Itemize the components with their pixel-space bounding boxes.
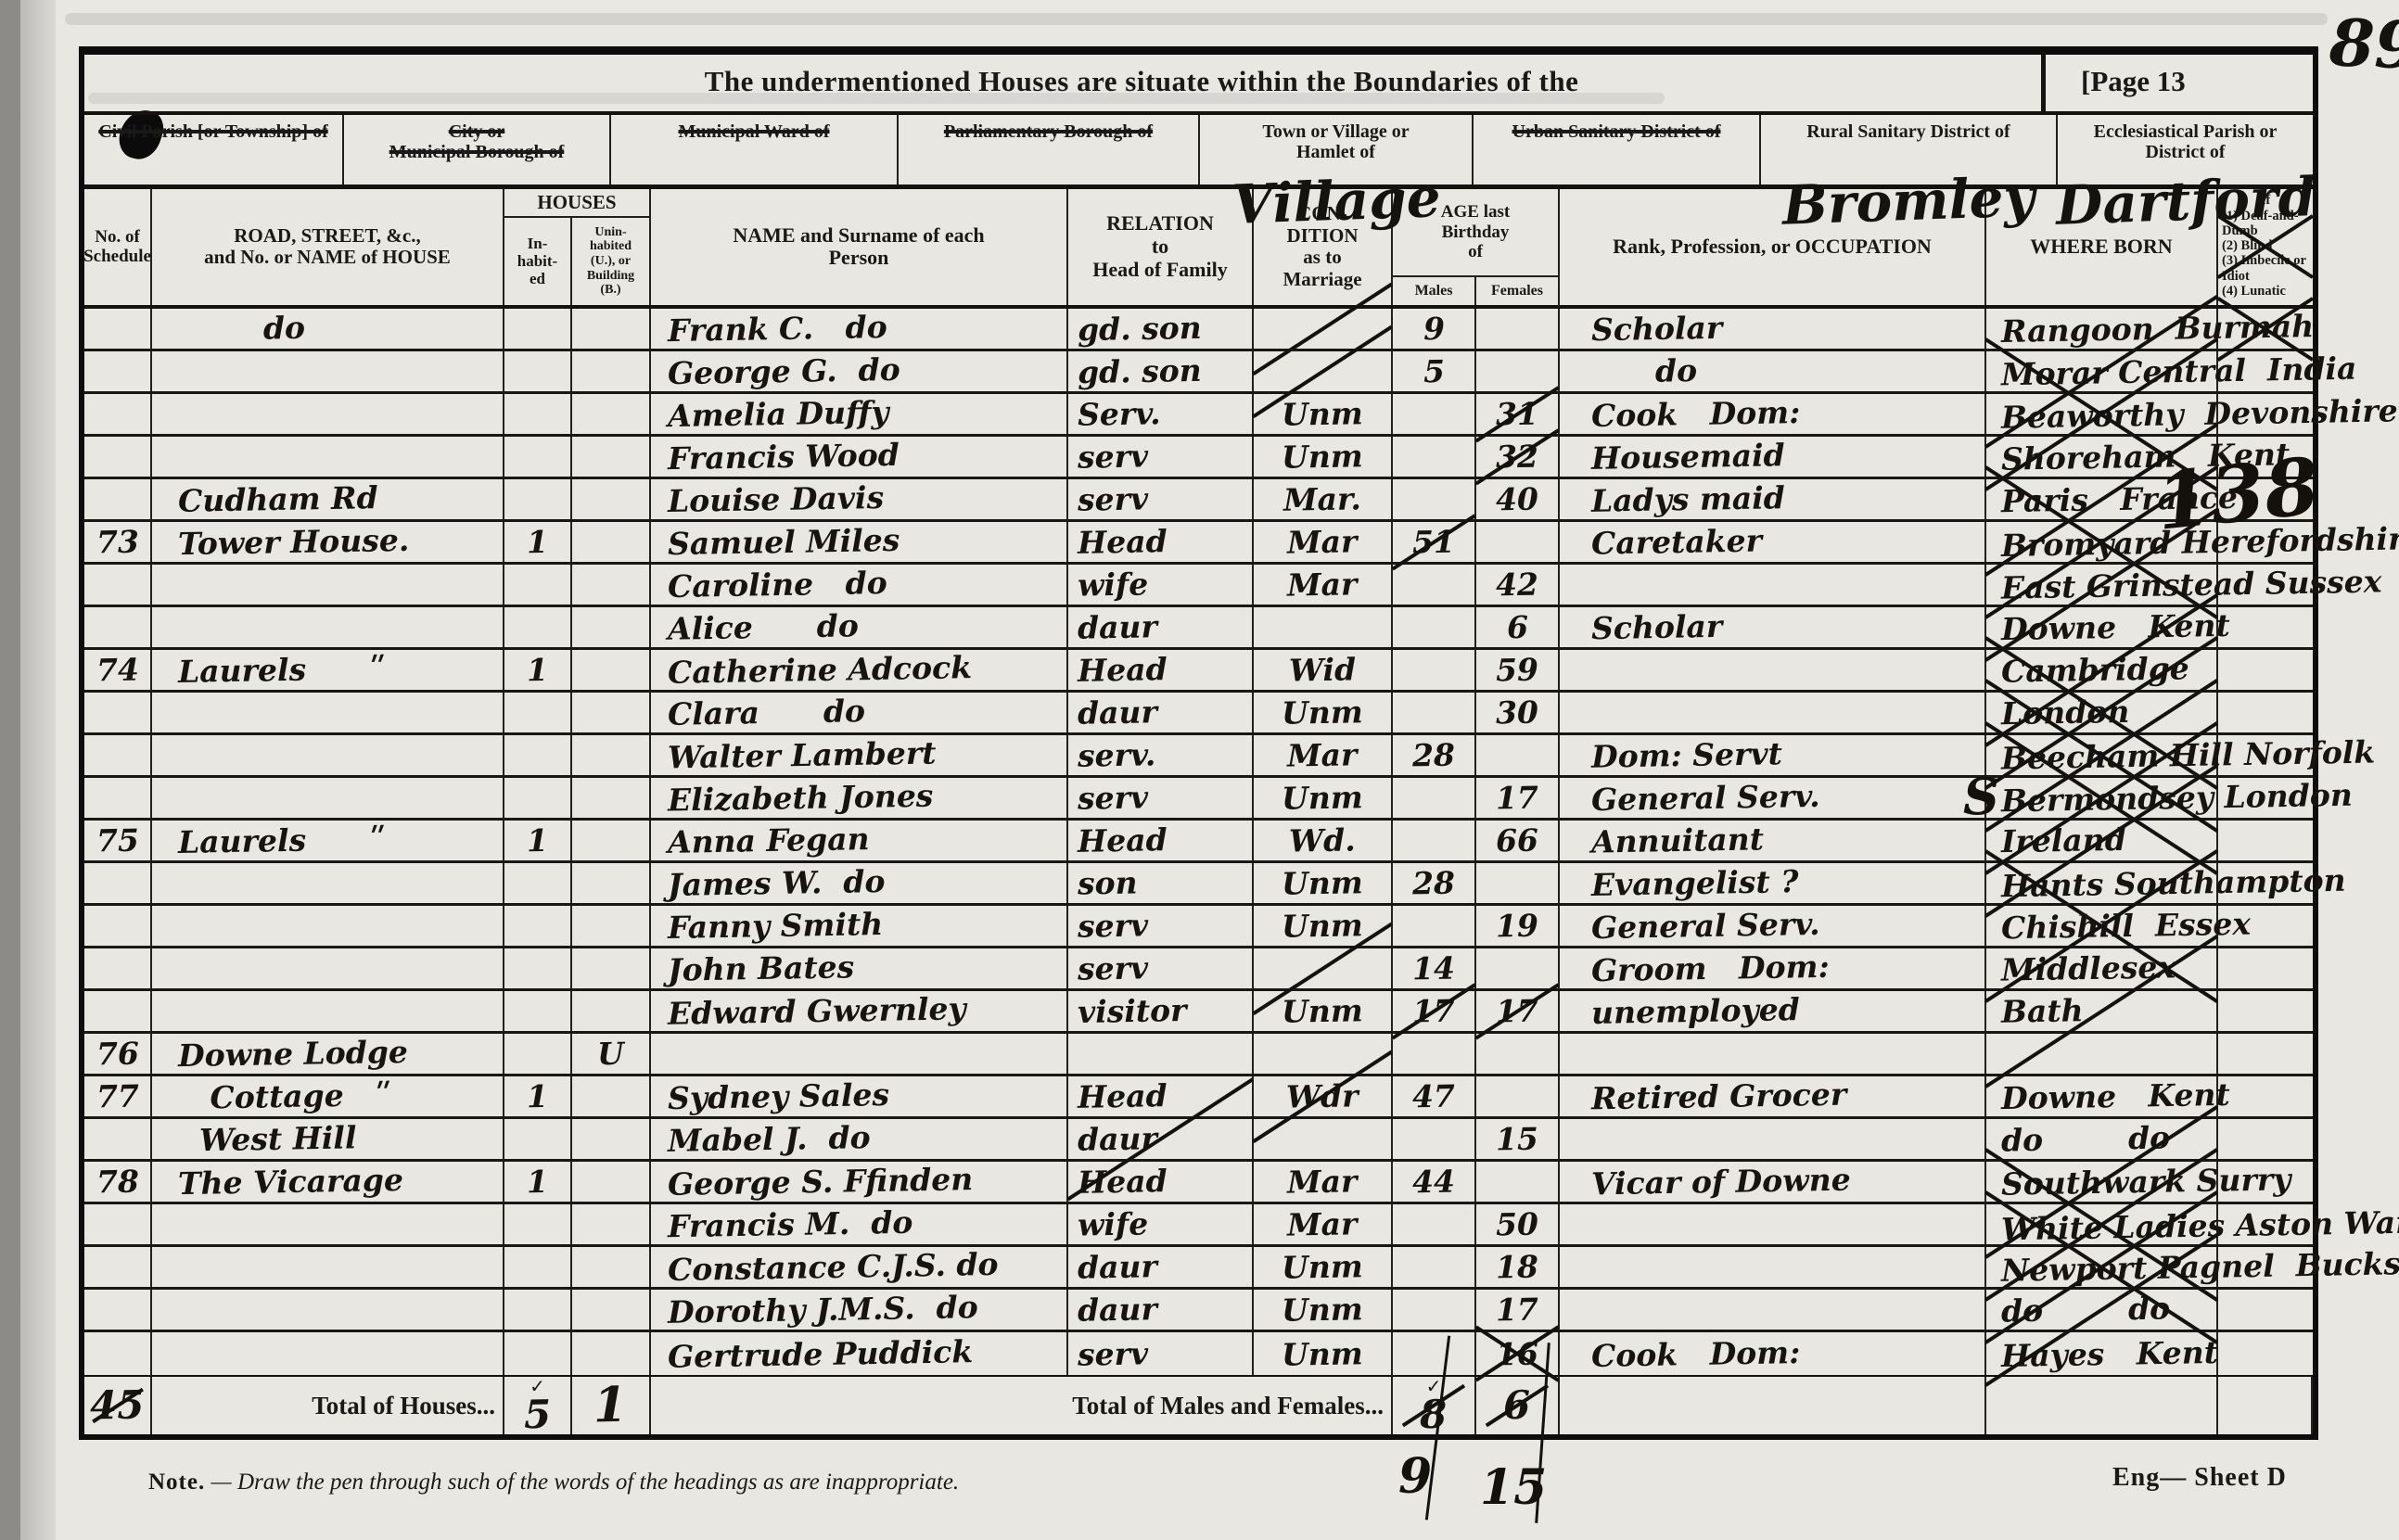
handwritten-age_f: 30 bbox=[1496, 697, 1539, 729]
geo-header-label: City or Municipal Borough of bbox=[389, 121, 565, 185]
entry-row: George G. dogd. son5 doMorar Central Ind… bbox=[84, 351, 2313, 394]
entry-row: Caroline dowifeMar42East Grinstead Susse… bbox=[84, 565, 2313, 607]
handwritten-name: Edward Gwernley bbox=[668, 993, 966, 1029]
totals-empty-born bbox=[1986, 1377, 2218, 1434]
cell-relation: serv bbox=[1068, 437, 1254, 477]
cell-dis bbox=[2218, 1204, 2313, 1244]
cell-dis bbox=[2218, 650, 2313, 690]
cell-relation: gd. son bbox=[1068, 351, 1254, 391]
cell-name: Clara do bbox=[651, 693, 1068, 732]
cell-age_f: 59 bbox=[1476, 650, 1560, 690]
handwritten-name: Francis Wood bbox=[668, 439, 900, 474]
cell-age_m bbox=[1393, 607, 1476, 647]
handwritten-relation: serv bbox=[1078, 483, 1149, 515]
cell-name: Francis M. do bbox=[651, 1204, 1068, 1244]
cell-born: Rangoon Burmah bbox=[1986, 309, 2218, 349]
cell-name: Frank C. do bbox=[651, 309, 1068, 349]
cell-occupation bbox=[1560, 1119, 1986, 1159]
cell-dis bbox=[2218, 906, 2313, 946]
cell-age_f: 50 bbox=[1476, 1204, 1560, 1244]
cell-inhabited: 1 bbox=[504, 650, 572, 690]
cell-occupation: Vicar of Downe bbox=[1560, 1162, 1986, 1202]
cell-occupation: Groom Dom: bbox=[1560, 948, 1986, 988]
entry-row: 77 Cottage ʺ1Sydney SalesHeadWdr47Retire… bbox=[84, 1076, 2313, 1119]
cell-schedule bbox=[84, 1119, 152, 1159]
handwritten-age_f: 19 bbox=[1496, 910, 1539, 942]
cell-dis bbox=[2218, 394, 2313, 434]
handwritten-relation: daur bbox=[1078, 1251, 1157, 1282]
cell-schedule: 77 bbox=[84, 1076, 152, 1116]
handwritten-condition: Wd. bbox=[1289, 824, 1356, 856]
handwritten-road: Cudham Rd bbox=[178, 482, 378, 516]
cell-uninhabited: U bbox=[572, 1034, 651, 1074]
footer-note: Note. — Draw the pen through such of the… bbox=[148, 1470, 959, 1495]
cell-uninhabited bbox=[572, 1119, 651, 1159]
cell-age_f bbox=[1476, 1162, 1560, 1202]
geo-header-value: Village bbox=[1231, 166, 1441, 236]
handwritten-condition: Unm bbox=[1282, 398, 1363, 430]
cell-born: Beecham Hill Norfolk bbox=[1986, 735, 2218, 775]
handwritten-condition: Mar bbox=[1287, 739, 1358, 770]
cell-relation: Head bbox=[1068, 522, 1254, 562]
handwritten-relation: son bbox=[1078, 867, 1138, 898]
cell-inhabited bbox=[504, 1290, 572, 1330]
cell-age_f bbox=[1476, 863, 1560, 903]
geo-header-6: Urban Sanitary District of bbox=[1474, 115, 1761, 185]
entry-row: 73Tower House.1Samuel MilesHeadMar51Care… bbox=[84, 522, 2313, 565]
cell-condition: Unm bbox=[1254, 394, 1393, 434]
handwritten-born: Beecham Hill Norfolk bbox=[2001, 736, 2376, 773]
page-label-box: [Page 13 bbox=[2041, 52, 2313, 111]
cell-name: Caroline do bbox=[651, 565, 1068, 605]
handwritten-road: Downe Lodge bbox=[178, 1037, 408, 1071]
handwritten-annotation: 138 bbox=[2151, 439, 2323, 548]
cell-road bbox=[152, 351, 504, 391]
cell-inhabited bbox=[504, 735, 572, 775]
cell-dis bbox=[2218, 1162, 2313, 1202]
handwritten-relation: daur bbox=[1078, 611, 1157, 643]
cell-name: George G. do bbox=[651, 351, 1068, 391]
cell-road: Laurels ʺ bbox=[152, 650, 504, 690]
cell-schedule bbox=[84, 991, 152, 1031]
handwritten-occupation: Ladys maid bbox=[1591, 482, 1785, 516]
cell-road: Downe Lodge bbox=[152, 1034, 504, 1074]
cell-name: Constance C.J.S. do bbox=[651, 1247, 1068, 1287]
cell-age_f: 17 bbox=[1476, 1290, 1560, 1330]
cell-born: White Ladies Aston Warwickshire bbox=[1986, 1204, 2218, 1244]
handwritten-born: Hayes Kent bbox=[2001, 1336, 2219, 1370]
cell-inhabited bbox=[504, 1204, 572, 1244]
cell-age_m bbox=[1393, 1204, 1476, 1244]
cell-born: Downe Kent bbox=[1986, 607, 2218, 647]
totals-males: ✓ 8 bbox=[1393, 1377, 1476, 1434]
handwritten-relation: serv bbox=[1078, 952, 1149, 984]
cell-road bbox=[152, 948, 504, 988]
cell-born: do do bbox=[1986, 1290, 2218, 1330]
handwritten-condition: Unm bbox=[1282, 1251, 1363, 1283]
cell-road bbox=[152, 735, 504, 775]
cell-condition: Mar bbox=[1254, 565, 1393, 605]
cell-dis bbox=[2218, 1332, 2313, 1375]
cell-uninhabited bbox=[572, 607, 651, 647]
cell-age_f: 31 bbox=[1476, 394, 1560, 434]
cell-schedule bbox=[84, 351, 152, 391]
handwritten-occupation: Cook Dom: bbox=[1591, 397, 1801, 431]
handwritten-road: Laurels ʺ bbox=[178, 823, 387, 858]
cell-schedule bbox=[84, 479, 152, 519]
cell-name: Elizabeth Jones bbox=[651, 778, 1068, 818]
handwritten-occupation: General Serv. bbox=[1591, 909, 1820, 943]
handwritten-occupation: General Serv. bbox=[1591, 781, 1820, 815]
cell-relation: son bbox=[1068, 863, 1254, 903]
cell-born: Hants Southampton bbox=[1986, 863, 2218, 903]
handwritten-condition: Wid bbox=[1289, 654, 1357, 685]
cell-schedule bbox=[84, 394, 152, 434]
entry-rows: doFrank C. dogd. son9ScholarRangoon Burm… bbox=[84, 309, 2313, 1375]
handwritten-relation: Head bbox=[1078, 1165, 1168, 1198]
cell-inhabited bbox=[504, 394, 572, 434]
cell-uninhabited bbox=[572, 906, 651, 946]
scan-edge-dark bbox=[0, 0, 20, 1540]
handwritten-page-number: 89 bbox=[2329, 4, 2399, 83]
col-header-name: NAME and Surname of each Person bbox=[651, 189, 1068, 305]
handwritten-schedule: 76 bbox=[96, 1038, 139, 1070]
cell-age_m: 47 bbox=[1393, 1076, 1476, 1116]
entry-row: Francis M. dowifeMar50White Ladies Aston… bbox=[84, 1204, 2313, 1247]
cell-age_f: 17 bbox=[1476, 778, 1560, 818]
cell-condition: Wid bbox=[1254, 650, 1393, 690]
cell-age_m: 14 bbox=[1393, 948, 1476, 988]
handwritten-schedule: 73 bbox=[96, 527, 139, 558]
cell-relation: wife bbox=[1068, 565, 1254, 605]
handwritten-occupation: do bbox=[1591, 355, 1698, 388]
cell-inhabited bbox=[504, 948, 572, 988]
cell-uninhabited bbox=[572, 735, 651, 775]
cell-road bbox=[152, 1290, 504, 1330]
entry-row: Constance C.J.S. dodaurUnm18Newport Pagn… bbox=[84, 1247, 2313, 1290]
cell-inhabited bbox=[504, 351, 572, 391]
cell-road: Cottage ʺ bbox=[152, 1076, 504, 1116]
cell-inhabited: 1 bbox=[504, 821, 572, 860]
cell-dis bbox=[2218, 948, 2313, 988]
cell-road: Cudham Rd bbox=[152, 479, 504, 519]
geo-header-1: Civil Parish [or Township] of bbox=[84, 115, 344, 185]
cell-occupation: Evangelist ? bbox=[1560, 863, 1986, 903]
cell-dis bbox=[2218, 1290, 2313, 1330]
handwritten-name: Samuel Miles bbox=[668, 525, 900, 559]
cell-inhabited bbox=[504, 1034, 572, 1074]
handwritten-inhabited: 1 bbox=[527, 527, 549, 557]
cell-condition bbox=[1254, 1119, 1393, 1159]
cell-inhabited bbox=[504, 778, 572, 818]
cell-schedule bbox=[84, 1290, 152, 1330]
cell-relation: Head bbox=[1068, 1076, 1254, 1116]
cell-road: West Hill bbox=[152, 1119, 504, 1159]
cell-dis bbox=[2218, 778, 2313, 818]
cell-relation: daur bbox=[1068, 1119, 1254, 1159]
cell-relation: Head bbox=[1068, 821, 1254, 860]
cell-relation: visitor bbox=[1068, 991, 1254, 1031]
geo-header-value: Dartford bbox=[2054, 165, 2316, 237]
cell-uninhabited bbox=[572, 351, 651, 391]
cell-schedule: 74 bbox=[84, 650, 152, 690]
handwritten-age_f: 66 bbox=[1496, 825, 1539, 857]
handwritten-born: Downe Kent bbox=[2001, 610, 2230, 644]
handwritten-born: Newport Pagnel Bucks bbox=[2001, 1248, 2399, 1286]
handwritten-age_f: 40 bbox=[1496, 484, 1539, 515]
handwritten-born: Ireland bbox=[2001, 824, 2126, 857]
cell-age_f: 6 bbox=[1476, 607, 1560, 647]
cell-age_m: 28 bbox=[1393, 735, 1476, 775]
cell-occupation: Scholar bbox=[1560, 607, 1986, 647]
cell-occupation: do bbox=[1560, 351, 1986, 391]
handwritten-name: Amelia Duffy bbox=[668, 397, 889, 431]
cell-road bbox=[152, 991, 504, 1031]
handwritten-born: London bbox=[2001, 696, 2130, 729]
col-header-relation: RELATION to Head of Family bbox=[1068, 189, 1254, 305]
handwritten-condition: Mar bbox=[1287, 1165, 1358, 1197]
cell-born: Hayes Kent bbox=[1986, 1332, 2218, 1375]
cell-occupation bbox=[1560, 693, 1986, 732]
cell-age_f bbox=[1476, 351, 1560, 391]
cell-dis bbox=[2218, 565, 2313, 605]
cell-road bbox=[152, 565, 504, 605]
cell-uninhabited bbox=[572, 309, 651, 349]
cell-born: Middlesex bbox=[1986, 948, 2218, 988]
geo-header-label: Municipal Ward of bbox=[679, 121, 830, 185]
handwritten-road: do bbox=[178, 312, 306, 345]
sheet-title: The undermentioned Houses are situate wi… bbox=[84, 65, 2041, 98]
cell-born: Bermondsey London bbox=[1986, 778, 2218, 818]
geo-header-7: Rural Sanitary District ofBromley bbox=[1761, 115, 2058, 185]
totals-row: 45 Total of Houses... ✓ 5 1 Total of Mal… bbox=[84, 1375, 2313, 1434]
cell-road bbox=[152, 693, 504, 732]
cell-condition: Unm bbox=[1254, 1332, 1393, 1375]
geo-header-5: Town or Village or Hamlet ofVillage bbox=[1200, 115, 1474, 185]
cell-born: Newport Pagnel Bucks bbox=[1986, 1247, 2218, 1287]
handwritten-relation: Head bbox=[1078, 1080, 1168, 1113]
cell-road bbox=[152, 1247, 504, 1287]
cell-dis bbox=[2218, 309, 2313, 349]
cell-condition: Unm bbox=[1254, 1290, 1393, 1330]
entry-row: doFrank C. dogd. son9ScholarRangoon Burm… bbox=[84, 309, 2313, 351]
cell-age_m bbox=[1393, 1034, 1476, 1074]
cell-schedule bbox=[84, 1247, 152, 1287]
handwritten-schedule: 75 bbox=[96, 825, 139, 857]
handwritten-condition: Mar bbox=[1287, 1208, 1358, 1240]
entry-row: Clara dodaurUnm30London bbox=[84, 693, 2313, 735]
cell-age_f: 66 bbox=[1476, 821, 1560, 860]
handwritten-occupation: Scholar bbox=[1591, 312, 1723, 345]
cell-born: Bath bbox=[1986, 991, 2218, 1031]
totals-empty-disabilities bbox=[2218, 1377, 2313, 1434]
handwritten-name: Sydney Sales bbox=[668, 1079, 890, 1114]
handwritten-inhabited: 1 bbox=[527, 1166, 549, 1197]
entry-row: Francis WoodservUnm32HousemaidShoreham K… bbox=[84, 437, 2313, 479]
cell-relation bbox=[1068, 1034, 1254, 1074]
cell-occupation bbox=[1560, 650, 1986, 690]
cell-relation: serv bbox=[1068, 1332, 1254, 1375]
handwritten-condition: Unm bbox=[1282, 867, 1363, 899]
cell-road bbox=[152, 437, 504, 477]
handwritten-relation: Serv. bbox=[1078, 398, 1161, 430]
cell-schedule bbox=[84, 735, 152, 775]
handwritten-condition: Unm bbox=[1282, 910, 1363, 942]
cell-inhabited bbox=[504, 309, 572, 349]
cell-age_m bbox=[1393, 778, 1476, 818]
handwritten-condition: Unm bbox=[1282, 696, 1363, 729]
handwritten-age_m: 28 bbox=[1412, 868, 1456, 899]
handwritten-name: Alice do bbox=[668, 610, 859, 644]
handwritten-occupation: Groom Dom: bbox=[1591, 951, 1830, 986]
cell-inhabited: 1 bbox=[504, 1076, 572, 1116]
handwritten-age_m: 14 bbox=[1412, 953, 1456, 985]
handwritten-name: Mabel J. do bbox=[668, 1122, 871, 1156]
cell-name: Alice do bbox=[651, 607, 1068, 647]
cell-born: Downe Kent bbox=[1986, 1076, 2218, 1116]
handwritten-relation: Head bbox=[1078, 526, 1168, 558]
cell-age_m: 51 bbox=[1393, 522, 1476, 562]
cell-schedule bbox=[84, 1204, 152, 1244]
cell-schedule bbox=[84, 863, 152, 903]
handwritten-inhabited: 1 bbox=[527, 1081, 549, 1112]
cell-age_f: 15 bbox=[1476, 1119, 1560, 1159]
cell-road: Tower House. bbox=[152, 522, 504, 562]
col-header-road: ROAD, STREET, &c., and No. or NAME of HO… bbox=[152, 189, 504, 305]
totals-inhabited: ✓ 5 bbox=[504, 1377, 572, 1434]
cell-inhabited bbox=[504, 1119, 572, 1159]
cell-age_f: 18 bbox=[1476, 1247, 1560, 1287]
cell-schedule bbox=[84, 778, 152, 818]
handwritten-age_f: 17 bbox=[1496, 783, 1539, 814]
cell-name: Edward Gwernley bbox=[651, 991, 1068, 1031]
handwritten-uninhabited: U bbox=[597, 1038, 624, 1069]
cell-uninhabited bbox=[572, 1247, 651, 1287]
cell-inhabited bbox=[504, 863, 572, 903]
handwritten-relation: serv bbox=[1078, 782, 1149, 813]
handwritten-age_m: 28 bbox=[1412, 740, 1456, 771]
handwritten-age_f: 17 bbox=[1496, 996, 1539, 1027]
cell-schedule: 73 bbox=[84, 522, 152, 562]
handwritten-annotation: S bbox=[1963, 767, 1999, 826]
cell-inhabited bbox=[504, 437, 572, 477]
geo-header-4: Parliamentary Borough of bbox=[899, 115, 1200, 185]
cell-uninhabited bbox=[572, 778, 651, 818]
handwritten-born: do do bbox=[2001, 1122, 2171, 1155]
handwritten-age_m: 51 bbox=[1412, 527, 1456, 558]
cell-age_f bbox=[1476, 522, 1560, 562]
cell-name: Amelia Duffy bbox=[651, 394, 1068, 434]
cell-uninhabited bbox=[572, 1204, 651, 1244]
handwritten-relation: Head bbox=[1078, 824, 1168, 857]
handwritten-born: White Ladies Aston Warwickshire bbox=[2001, 1204, 2399, 1245]
cell-born: Southwark Surry bbox=[1986, 1162, 2218, 1202]
cell-age_m bbox=[1393, 650, 1476, 690]
cell-name: Catherine Adcock bbox=[651, 650, 1068, 690]
handwritten-occupation: Annuitant bbox=[1591, 823, 1765, 857]
entry-row: 76Downe LodgeU bbox=[84, 1034, 2313, 1076]
cell-uninhabited bbox=[572, 1076, 651, 1116]
cell-uninhabited bbox=[572, 1332, 651, 1375]
cell-occupation: unemployed bbox=[1560, 991, 1986, 1031]
handwritten-age_m: 17 bbox=[1412, 996, 1456, 1027]
cell-inhabited bbox=[504, 1247, 572, 1287]
handwritten-condition: Unm bbox=[1282, 1338, 1363, 1370]
handwritten-relation: Head bbox=[1078, 654, 1168, 686]
handwritten-age_f: 6 bbox=[1506, 612, 1528, 643]
handwritten-age_m: 5 bbox=[1423, 356, 1445, 387]
col-header-males: Males bbox=[1393, 277, 1476, 305]
cell-age_f: 40 bbox=[1476, 479, 1560, 519]
handwritten-road: Cottage ʺ bbox=[178, 1079, 392, 1114]
handwritten-relation: visitor bbox=[1078, 995, 1187, 1027]
cell-condition: Mar bbox=[1254, 735, 1393, 775]
totals-empty-occupation bbox=[1560, 1377, 1986, 1434]
handwritten-name: Louise Davis bbox=[668, 482, 885, 516]
cell-condition bbox=[1254, 1034, 1393, 1074]
cell-schedule bbox=[84, 906, 152, 946]
handwritten-relation: gd. son bbox=[1078, 355, 1202, 388]
handwritten-occupation: Scholar bbox=[1591, 611, 1723, 643]
cell-uninhabited bbox=[572, 948, 651, 988]
census-sheet-scan: 89 The undermentioned Houses are situate… bbox=[0, 0, 2399, 1540]
handwritten-born: Bath bbox=[2001, 995, 2084, 1027]
handwritten-relation: daur bbox=[1078, 696, 1157, 728]
cell-condition: Mar. bbox=[1254, 479, 1393, 519]
cell-name: Fanny Smith bbox=[651, 906, 1068, 946]
handwritten-road: West Hill bbox=[178, 1122, 357, 1155]
cell-condition: Mar bbox=[1254, 1204, 1393, 1244]
corrected-males-total: 9 bbox=[1398, 1448, 1432, 1505]
cell-occupation bbox=[1560, 1034, 1986, 1074]
cell-name: Walter Lambert bbox=[651, 735, 1068, 775]
cell-age_m bbox=[1393, 1332, 1476, 1375]
cell-name: John Bates bbox=[651, 948, 1068, 988]
handwritten-occupation: Evangelist ? bbox=[1591, 866, 1799, 900]
entry-row: Cudham RdLouise DavisservMar.40Ladys mai… bbox=[84, 479, 2313, 522]
cell-uninhabited bbox=[572, 821, 651, 860]
cell-dis bbox=[2218, 1076, 2313, 1116]
cell-age_f bbox=[1476, 948, 1560, 988]
cell-schedule bbox=[84, 565, 152, 605]
cell-name: Samuel Miles bbox=[651, 522, 1068, 562]
cell-age_f bbox=[1476, 1034, 1560, 1074]
handwritten-born: Middlesex bbox=[2001, 951, 2176, 985]
cell-occupation: Ladys maid bbox=[1560, 479, 1986, 519]
handwritten-born: do do bbox=[2001, 1292, 2171, 1326]
cell-dis bbox=[2218, 1247, 2313, 1287]
cell-condition bbox=[1254, 948, 1393, 988]
handwritten-condition: Unm bbox=[1282, 782, 1363, 814]
scan-edge-light bbox=[20, 0, 56, 1540]
page-label: [Page 13 bbox=[2046, 65, 2186, 98]
handwritten-occupation: Retired Grocer bbox=[1591, 1079, 1847, 1114]
cell-relation: daur bbox=[1068, 693, 1254, 732]
cell-uninhabited bbox=[572, 522, 651, 562]
cell-road bbox=[152, 863, 504, 903]
cell-occupation: Housemaid bbox=[1560, 437, 1986, 477]
title-band: The undermentioned Houses are situate wi… bbox=[84, 52, 2313, 115]
cell-uninhabited bbox=[572, 693, 651, 732]
handwritten-age_m: 47 bbox=[1412, 1081, 1456, 1113]
handwritten-born: East Grinstead Sussex bbox=[2001, 566, 2382, 603]
cell-uninhabited bbox=[572, 565, 651, 605]
cell-age_m: 5 bbox=[1393, 351, 1476, 391]
cell-relation: serv bbox=[1068, 906, 1254, 946]
cell-born: Morar Central India bbox=[1986, 351, 2218, 391]
cell-age_f bbox=[1476, 1076, 1560, 1116]
handwritten-schedule: 74 bbox=[96, 655, 139, 686]
